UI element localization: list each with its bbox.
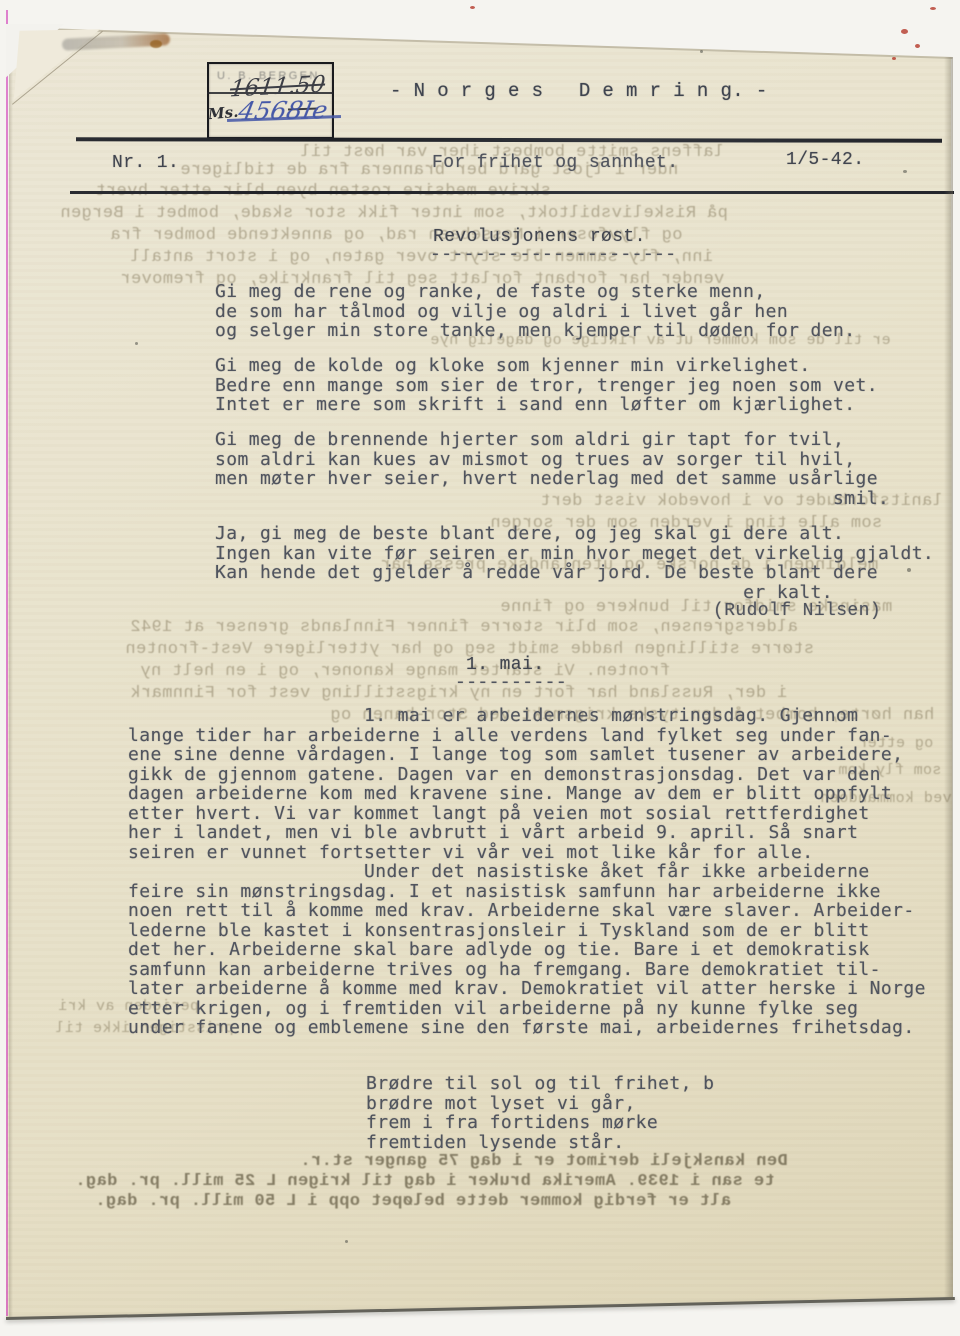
paper-left-edge	[9, 28, 13, 1318]
bleed-through-text: aldersgrensen, som blir større finner Fi…	[130, 618, 798, 637]
red-speck	[892, 57, 896, 60]
red-speck	[915, 44, 920, 48]
paper-speck	[700, 50, 703, 53]
bleed-through-text: te san i 1939. Amerika bruker i dag til …	[75, 1172, 775, 1191]
issue-date: 1/5-42.	[786, 151, 864, 171]
issue-number: Nr. 1.	[112, 154, 179, 174]
red-speck	[930, 7, 936, 10]
stamp-ms-number: 4568Ie	[236, 95, 330, 126]
poem-author: (Rudolf Nilsen)	[713, 602, 881, 622]
paper-speck	[903, 170, 907, 173]
rust-dot	[150, 40, 162, 48]
paper-speck	[907, 568, 911, 572]
bleed-through-text: fronten. Vi startet mange kanoner, og i …	[140, 662, 670, 681]
scanned-document-page: laffens smitte bombest iher var høst til…	[0, 0, 960, 1336]
bleed-through-text: Den kanskjeli derimot er i dag 75 ganger…	[300, 1152, 788, 1171]
poem-stanza-1: Gi meg de rene og ranke, de faste og ste…	[215, 282, 856, 341]
poem-stanza-2: Gi meg de kolde og kloke som kjenner min…	[215, 356, 878, 415]
issue-motto: For frihet og sannhet.	[432, 154, 678, 174]
paper-right-edge	[944, 57, 953, 1300]
closing-verse: Brødre til sol og til frihet, b brødre m…	[366, 1074, 714, 1152]
poem-stanza-4: Ja, gi meg de beste blant dere, og jeg s…	[215, 524, 934, 602]
poem-stanza-3: Gi meg de brennende hjerter som aldri gi…	[215, 430, 889, 508]
poem-title-underline: ----------------------	[430, 246, 676, 266]
masthead-title: - N o r g e s D e m r i n g. -	[390, 82, 768, 102]
paper-speck	[345, 1240, 348, 1243]
scanner-pink-line	[6, 10, 8, 1316]
article-title-underline: ----------	[455, 674, 567, 694]
bleed-through-text: på Riskelivsbiltokt, som inter fikk stor…	[60, 204, 728, 223]
paper-speck	[135, 342, 138, 345]
article-body: 1. mai er arbeidernes mønstringsdag. Gje…	[128, 706, 926, 1038]
rule-bottom	[70, 191, 954, 194]
red-speck	[901, 29, 908, 34]
bleed-through-text: alt er ferdig kommer dette beløpet opp i…	[95, 1192, 731, 1211]
paper-speck	[420, 962, 423, 965]
red-speck	[470, 6, 475, 9]
